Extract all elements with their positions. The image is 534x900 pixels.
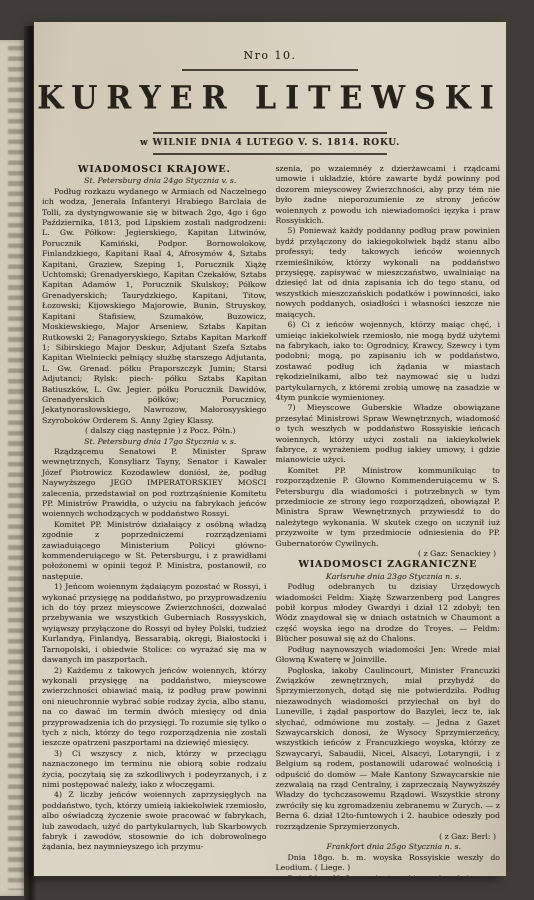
newspaper-title: KURYER LITEWSKI bbox=[34, 80, 506, 117]
article-paragraph: Podług odebranych tu dzisiay Urzędowych … bbox=[276, 582, 501, 644]
article-paragraph: Pogłoska, iakoby Caulincourt, Minister F… bbox=[276, 666, 501, 833]
dateline-petersburg-2: St. Petersburg dnia 17go Stycznia v. s. bbox=[42, 437, 267, 447]
adjacent-page-edge bbox=[0, 40, 26, 896]
scanned-newspaper: Nro 10. KURYER LITEWSKI w WILNIE DNIA 4 … bbox=[0, 0, 534, 900]
article-paragraph: Komitet PP. Ministrow kommunikuiąc to ro… bbox=[276, 466, 501, 549]
article-paragraph: Podług rozkazu wydanego w Armiach od Nac… bbox=[42, 187, 267, 426]
source-citation-berlin-gazette: ( z Gaz: Berl: ) bbox=[276, 832, 501, 842]
decree-item-7: 7) Mieyscowe Guberskie Władze obowiązane… bbox=[276, 403, 501, 465]
decree-item-1: 1) Jeńcom woiennym żądaiącym pozostać w … bbox=[42, 582, 267, 665]
article-columns: WIADOMOSCI KRAJOWE. St. Petersburg dnia … bbox=[34, 155, 506, 876]
dateline-frankfort: Frankfort dnia 25go Stycznia n. s. bbox=[276, 842, 501, 852]
section-heading-domestic: WIADOMOSCI KRAJOWE. bbox=[42, 165, 267, 175]
masthead-rule-top bbox=[182, 69, 358, 71]
issue-number: Nro 10. bbox=[34, 49, 506, 62]
article-paragraph-continued: szenia, po wzaiemnéy z dzierżawcami i rz… bbox=[276, 164, 501, 226]
article-paragraph: Rządzącemu Senatowi P. Minister Spraw we… bbox=[42, 447, 267, 520]
section-heading-foreign: WIADOMOSCI ZAGRANICZNE bbox=[276, 560, 501, 570]
edition-dateline: w WILNIE DNIA 4 LUTEGO V. S. 1814. ROKU. bbox=[34, 138, 506, 148]
news-line-emperor: Dnia 21go. N. Cesarz Austryacki znaydowa… bbox=[276, 874, 501, 876]
article-paragraph: Komitet PP. Ministrów działaiący z osóbn… bbox=[42, 520, 267, 582]
adjacent-page-text-fragments bbox=[8, 46, 24, 890]
decree-item-6: 6) Ci z ieńców wojennych, którzy maiąc c… bbox=[276, 320, 501, 403]
edition-rule-upper bbox=[153, 132, 387, 134]
source-citation-senate-gazette: ( z Gaz: Senackiey ) bbox=[276, 549, 501, 559]
edition-dateline-block: w WILNIE DNIA 4 LUTEGO V. S. 1814. ROKU. bbox=[34, 132, 506, 155]
decree-item-3: 3) Ci wszyscy z nich, którzy w przeciągu… bbox=[42, 749, 267, 791]
decree-item-2: 2) Każdemu z takowych jeńców woiennych, … bbox=[42, 666, 267, 749]
news-line-leodium: Dnia 18go. b. m. woyska Rossyiskie weszł… bbox=[276, 853, 501, 874]
masthead: Nro 10. KURYER LITEWSKI w WILNIE DNIA 4 … bbox=[34, 49, 506, 155]
right-column: szenia, po wzaiemnéy z dzierżawcami i rz… bbox=[276, 164, 501, 876]
dateline-petersburg-1: St. Petersburg dnia 24go Stycznia v. s. bbox=[42, 176, 267, 186]
newspaper-page: Nro 10. KURYER LITEWSKI w WILNIE DNIA 4 … bbox=[34, 22, 506, 876]
decree-item-5: 5) Ponieważ każdy poddanny podług praw p… bbox=[276, 226, 501, 320]
dateline-karlsruhe: Karlsruhe dnia 23go Stycznia n. s. bbox=[276, 572, 501, 582]
decree-item-4: 4) Z liczby jeńców woiennych zaprzysięgł… bbox=[42, 790, 267, 852]
article-paragraph: Podług naynowszych wiadomości Jen: Wrede… bbox=[276, 645, 501, 666]
edition-rule-lower bbox=[153, 153, 387, 155]
left-column: WIADOMOSCI KRAJOWE. St. Petersburg dnia … bbox=[42, 164, 267, 876]
continuation-note: ( dalszy ciąg następnie ) z Pocz. Półn.) bbox=[42, 426, 267, 436]
